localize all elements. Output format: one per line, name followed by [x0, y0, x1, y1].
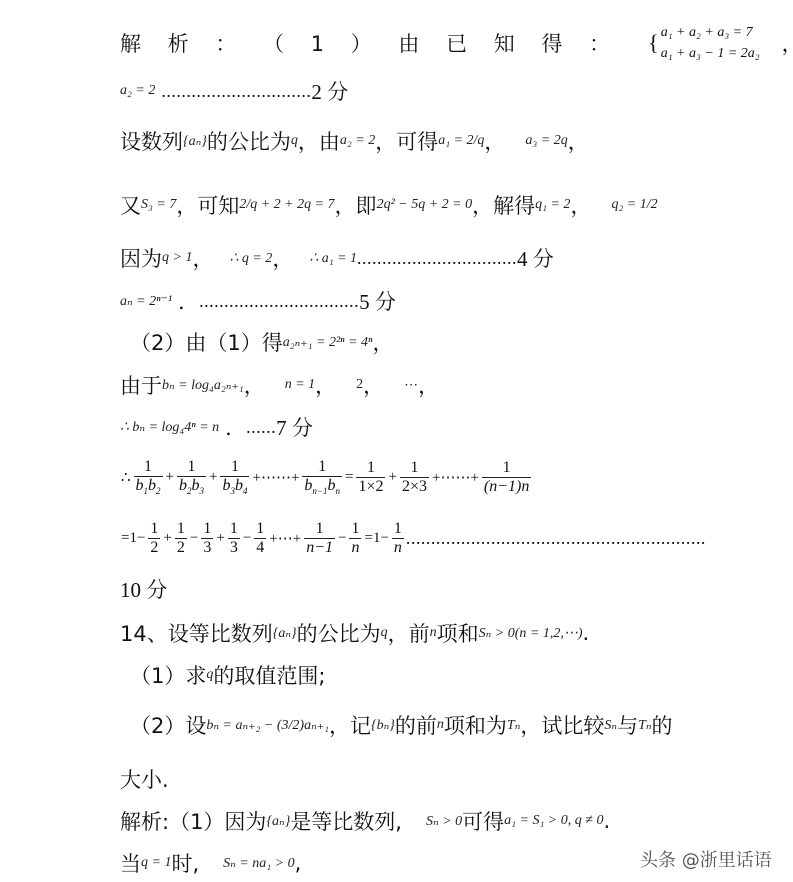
watermark: 头条 @浙里话语 — [640, 846, 772, 872]
text: 与 — [617, 710, 638, 740]
score-10: 10 分 — [120, 574, 167, 604]
ratio-setup: 设数列 {aₙ} 的公比为 q ，由 a₂ = 2 ，可得 a₁ = 2/q ，… — [120, 126, 589, 156]
fraction: 13 — [228, 520, 240, 558]
fraction: 1n — [349, 520, 361, 558]
text: （1）求 — [130, 660, 206, 690]
text: 项和 — [437, 618, 479, 648]
math-q: q — [381, 625, 388, 641]
text: 可得 — [462, 806, 504, 836]
score-dots: ................................ — [199, 291, 359, 312]
solution-part1-heading: 解 析 ： （ 1 ） 由 已 知 得 ： { a₁ + a₂ + a₃ = 7… — [120, 22, 793, 64]
math-a2: a₂ = 2 — [340, 133, 375, 149]
math-sequence: {aₙ} — [273, 625, 297, 642]
problem-14: 14、设等比数列 {aₙ} 的公比为 q ，前 n 项和 Sₙ > 0(n = … — [120, 618, 589, 648]
score-label: 7 分 — [276, 412, 313, 442]
math-bn-set: {bₙ} — [371, 717, 395, 734]
math-bn-eq: ∴ bₙ = log₄4ⁿ = n — [120, 419, 219, 436]
text: ， — [363, 370, 384, 400]
plus: + — [388, 469, 396, 486]
equals: =1− — [364, 530, 388, 547]
score-dots: ........................................… — [406, 528, 706, 549]
telescoping-sum: =1− 12 + 12 − 13 + 13 − 14 +⋯+ 1n−1 − 1n… — [120, 520, 706, 558]
text: 解析:（1）因为 — [120, 806, 266, 836]
plus: + — [209, 469, 217, 486]
fraction: 13 — [201, 520, 213, 558]
text: , — [295, 851, 302, 875]
math-sn: Sₙ = na₁ > 0 — [223, 855, 294, 872]
bn-result: ∴ bₙ = log₄4ⁿ = n ． ...... 7 分 — [120, 412, 313, 442]
score-label: 5 分 — [359, 286, 396, 316]
problem-14-part1: （1）求 q 的取值范围; — [130, 660, 325, 690]
math-n1: n = 1 — [285, 377, 315, 393]
equals: = — [345, 469, 353, 486]
text: ，解得 — [472, 190, 535, 220]
text: ，可得 — [375, 126, 438, 156]
text: 大小. — [120, 764, 169, 794]
math-sn: Sₙ > 0 — [426, 813, 462, 830]
text: 的公比为 — [297, 618, 381, 648]
score-label: 2 分 — [311, 76, 348, 106]
part2-start: （2）由（1）得 a₂ₙ₊₁ = 2²ⁿ = 4ⁿ ， — [130, 327, 393, 357]
math-sn: Sₙ > 0(n = 1,2,⋯) — [479, 625, 583, 642]
fraction: 12 — [148, 520, 160, 558]
problem-14-size: 大小. — [120, 764, 169, 794]
text: 由于 — [120, 370, 162, 400]
plus: +⋯⋯+ — [252, 468, 299, 487]
math-n: n — [437, 717, 444, 733]
text: ，由 — [298, 126, 340, 156]
text: ， — [568, 126, 589, 156]
text: ，试比较 — [520, 710, 604, 740]
result-a2: a₂ = 2 .............................. 2 … — [120, 76, 348, 106]
text: 时, — [171, 848, 199, 878]
math-condition: q > 1 — [162, 250, 192, 266]
text: . — [583, 621, 590, 645]
math-n: n — [430, 625, 437, 641]
math-q: q = 1 — [141, 855, 171, 871]
text: ， — [372, 327, 393, 357]
score-dots: ................................ — [357, 248, 517, 269]
fraction: 1b2b3 — [177, 458, 206, 497]
math-a1: ∴ a₁ = 1 — [309, 250, 357, 267]
quadratic-line: 又 S₃ = 7 ，可知 2/q + 2 + 2q = 7 ，即 2q² − 5… — [120, 190, 658, 220]
math-2: 2 — [356, 377, 363, 393]
text: 的 — [652, 710, 673, 740]
fraction: 12 — [175, 520, 187, 558]
minus: − — [338, 530, 346, 547]
plus: + — [163, 530, 171, 547]
equation-system: { a₁ + a₂ + a₃ = 7 a₁ + a₃ − 1 = 2a₂ — [648, 22, 760, 64]
math-an: aₙ = 2ⁿ⁻¹ — [120, 293, 172, 310]
text: 的前 — [395, 710, 437, 740]
equation-row-2: a₁ + a₃ − 1 = 2a₂ — [661, 43, 760, 64]
solution-intro: 解 析 ： （ 1 ） 由 已 知 得 ： — [120, 28, 620, 58]
text: ， — [418, 370, 439, 400]
fraction: 14 — [254, 520, 266, 558]
text: ，即 — [335, 190, 377, 220]
plus: + — [216, 530, 224, 547]
math-a2: a₂ = 2 — [120, 83, 155, 99]
math-s3: S₃ = 7 — [141, 197, 176, 213]
general-term: aₙ = 2ⁿ⁻¹ ． ............................… — [120, 286, 396, 316]
fraction: 1b3b4 — [220, 458, 249, 497]
fraction: 12×3 — [400, 459, 429, 497]
conclusion-q: 因为 q > 1 ， ∴ q = 2 ， ∴ a₁ = 1 ..........… — [120, 243, 554, 273]
text: （2）由（1）得 — [130, 327, 283, 357]
fraction: 1n — [392, 520, 404, 558]
math-sequence: {aₙ} — [183, 133, 207, 150]
text: ． — [225, 412, 246, 442]
math-q1: q₁ = 2 — [535, 197, 570, 213]
math-a1: a₁ = S₁ > 0, q ≠ 0 — [504, 813, 603, 829]
math-tn: Tₙ — [507, 717, 520, 734]
math-equation: 2/q + 2 + 2q = 7 — [239, 197, 334, 213]
minus: − — [190, 530, 198, 547]
brace-symbol: { — [648, 30, 659, 56]
text: . — [603, 809, 610, 833]
text: 又 — [120, 190, 141, 220]
math-ellipsis: ⋯ — [404, 377, 418, 394]
fraction: 1n−1 — [304, 520, 335, 558]
text: ， — [272, 243, 293, 273]
fraction: 1bn−1bn — [302, 458, 342, 497]
therefore-symbol: ∴ — [121, 468, 131, 487]
text: 设数列 — [120, 126, 183, 156]
minus: − — [243, 530, 251, 547]
problem-14-solution: 解析:（1）因为 {aₙ} 是等比数列, Sₙ > 0 可得 a₁ = S₁ >… — [120, 806, 610, 836]
bn-definition: 由于 bₙ = log₄a₂ₙ₊₁ ， n = 1 ， 2 ， ⋯ ， — [120, 370, 439, 400]
math-a1: a₁ = 2/q — [438, 133, 484, 149]
text: 的取值范围; — [213, 660, 325, 690]
fraction: 11×2 — [356, 459, 385, 497]
score-dots: .............................. — [161, 81, 311, 102]
fraction: 1b1b2 — [134, 458, 163, 497]
math-q2: q₂ = 1/2 — [611, 197, 657, 213]
text: 的公比为 — [207, 126, 291, 156]
math-bn: bₙ = aₙ₊₂ − (3/2)aₙ₊₁ — [206, 717, 329, 734]
text: ， — [192, 243, 213, 273]
text: 14、设等比数列 — [120, 618, 273, 648]
score-dots: ...... — [246, 417, 276, 438]
equals: =1− — [121, 530, 145, 547]
score-label: 10 分 — [120, 574, 167, 604]
math-tn: Tₙ — [638, 717, 651, 734]
text: ． — [178, 286, 199, 316]
math-q: q — [206, 667, 213, 683]
math-bn: bₙ = log₄a₂ₙ₊₁ — [162, 377, 244, 394]
text: 因为 — [120, 243, 162, 273]
math-q: ∴ q = 2 — [229, 250, 272, 267]
text: ，前 — [388, 618, 430, 648]
plus: +⋯⋯+ — [432, 468, 479, 487]
math-quadratic: 2q² − 5q + 2 = 0 — [377, 197, 473, 213]
text: ， — [484, 126, 505, 156]
comma: ， — [782, 28, 793, 58]
text: ，记 — [329, 710, 371, 740]
plus: +⋯+ — [269, 529, 301, 548]
text: ，可知 — [176, 190, 239, 220]
equation-row-1: a₁ + a₂ + a₃ = 7 — [661, 22, 760, 43]
fraction: 1(n−1)n — [482, 459, 531, 497]
score-label: 4 分 — [517, 243, 554, 273]
text: 项和为 — [444, 710, 507, 740]
plus: + — [166, 469, 174, 486]
math-sequence: {aₙ} — [266, 813, 290, 830]
math-sn: Sₙ — [604, 717, 617, 734]
text: 是等比数列, — [290, 806, 402, 836]
problem-14-part2: （2）设 bₙ = aₙ₊₂ − (3/2)aₙ₊₁ ，记 {bₙ} 的前 n … — [130, 710, 673, 740]
text: ， — [570, 190, 591, 220]
case-q1: 当 q = 1 时, Sₙ = na₁ > 0 , — [120, 848, 301, 878]
math-q: q — [291, 133, 298, 149]
text: ， — [315, 370, 336, 400]
math-a3: a₃ = 2q — [525, 133, 567, 149]
fraction-sum: ∴ 1b1b2 + 1b2b3 + 1b3b4 +⋯⋯+ 1bn−1bn = 1… — [120, 458, 533, 497]
text: 当 — [120, 848, 141, 878]
math-a2n1: a₂ₙ₊₁ = 2²ⁿ = 4ⁿ — [283, 334, 373, 351]
text: ， — [244, 370, 265, 400]
text: （2）设 — [130, 710, 206, 740]
